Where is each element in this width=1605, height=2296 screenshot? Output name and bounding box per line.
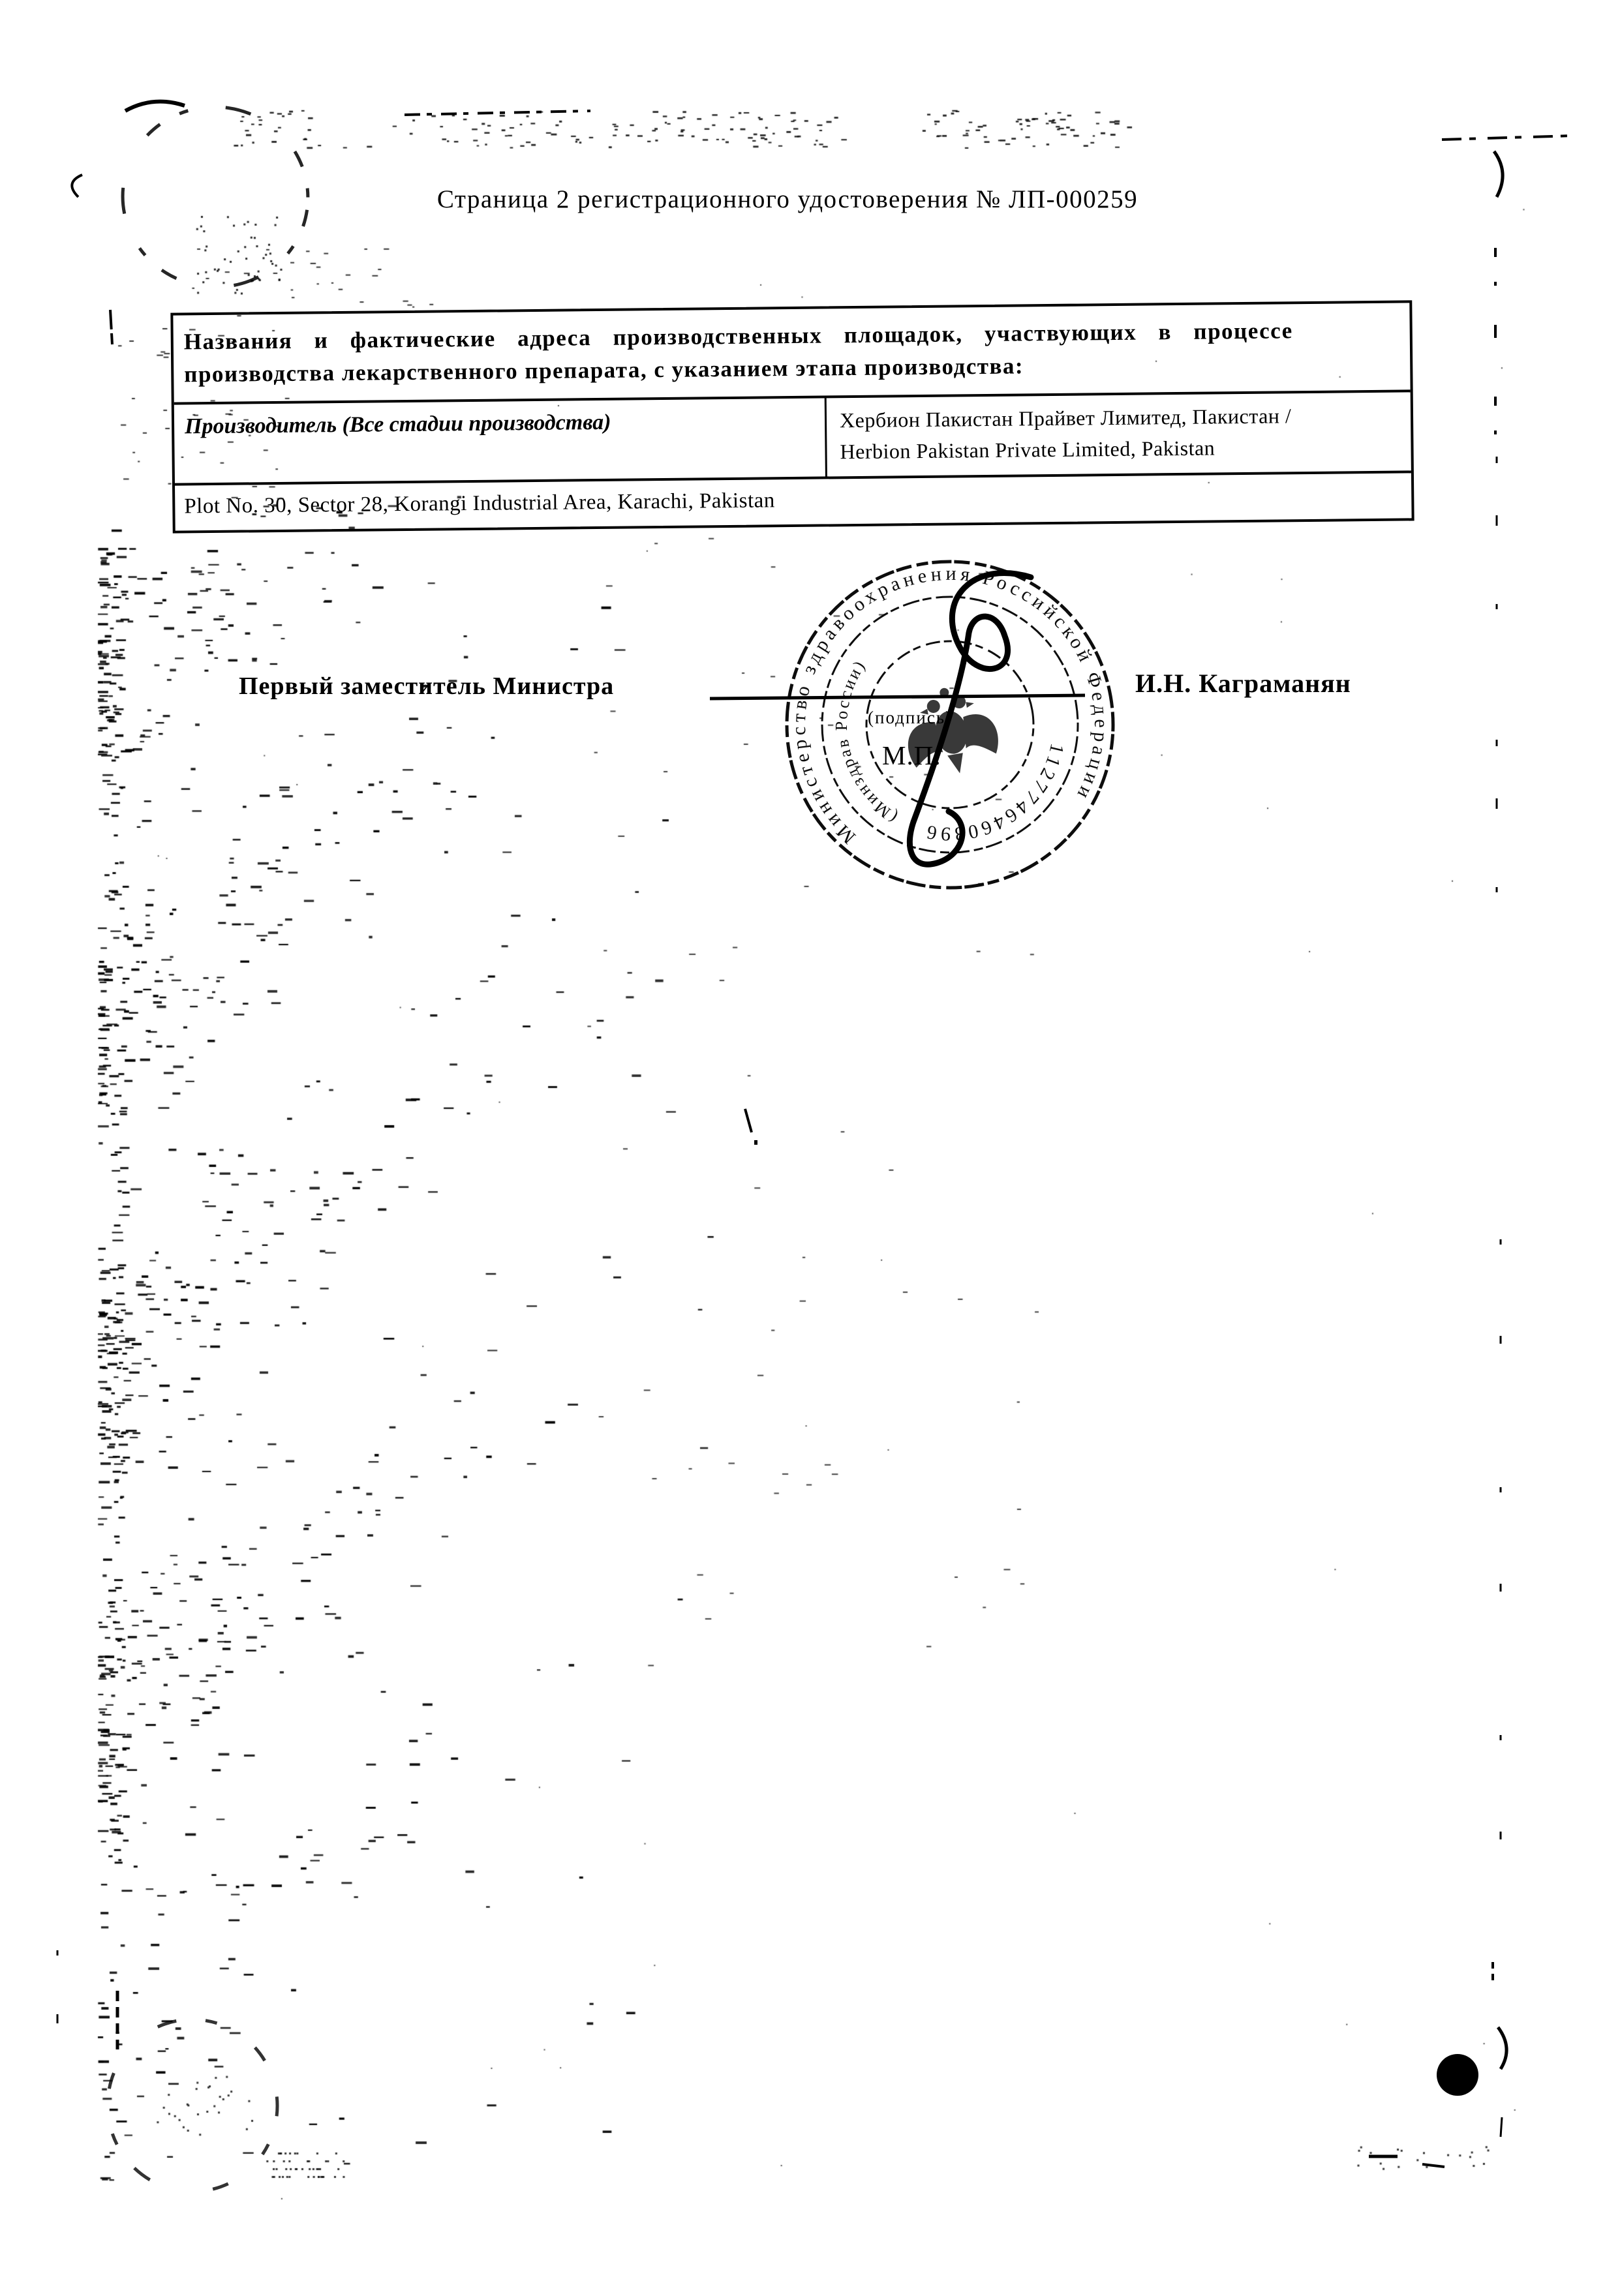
signatory-title: Первый заместитель Министра: [239, 672, 614, 701]
scan-mark: [745, 1109, 752, 1132]
handwritten-signature: [809, 548, 1083, 887]
table-header-cell: Названия и фактические адреса производст…: [173, 303, 1410, 405]
scan-mark: [1422, 2164, 1444, 2167]
scan-mark: [110, 310, 112, 344]
ink-dot: [1437, 2054, 1478, 2096]
producer-name-ru: Хербион Пакистан Прайвет Лимитед, Пакист…: [840, 399, 1401, 436]
page-header: Страница 2 регистрационного удостоверени…: [0, 185, 1605, 214]
scanned-registration-certificate-page: Страница 2 регистрационного удостоверени…: [0, 0, 1605, 2296]
producer-name-cell: Хербион Пакистан Прайвет Лимитед, Пакист…: [827, 393, 1411, 477]
scan-mark: [125, 102, 185, 111]
production-sites-table: Названия и фактические адреса производст…: [170, 300, 1414, 534]
scan-mark: [405, 111, 590, 115]
scan-mark: [1498, 2027, 1506, 2069]
signature-path: [909, 573, 1031, 865]
signatory-name: И.Н. Каграманян: [1135, 668, 1351, 699]
producer-stage-cell: Производитель (Все стадии производства): [174, 399, 827, 483]
ghost-stamp-imprint-bottom-left: [99, 2011, 286, 2200]
scan-mark: [1501, 2117, 1502, 2137]
scan-mark: [1442, 136, 1574, 140]
producer-name-en: Herbion Pakistan Private Limited, Pakist…: [840, 430, 1401, 468]
scan-mark: [754, 1140, 757, 1145]
table-header-text: Названия и фактические адреса производст…: [184, 314, 1294, 391]
table-row-producer: Производитель (Все стадии производства) …: [174, 393, 1411, 486]
